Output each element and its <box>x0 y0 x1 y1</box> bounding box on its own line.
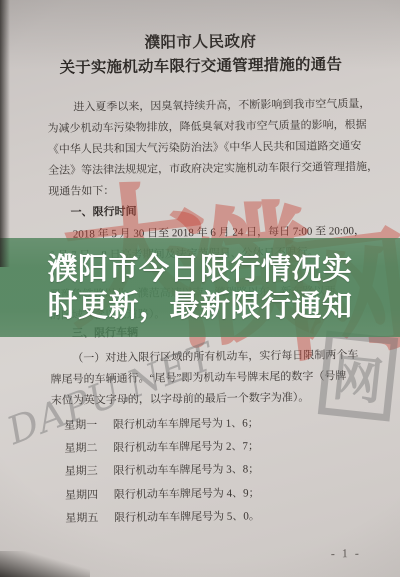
weekday-label: 星期三 <box>65 461 98 485</box>
intro-paragraph: 进入夏季以来，因臭氧持续升高，不断影响到我市空气质量， 为减少机动车污染物排放，… <box>47 94 378 203</box>
doc-title-subject: 关于实施机动车限行交通管理措施的通告 <box>1 52 400 79</box>
section3-line: 牌尾号的车辆通行。“尾号”即为机动车号牌末尾的数字（号牌 <box>50 365 380 390</box>
section3-paragraph: （一）对进入限行区域的所有机动车，实行每日限制两个车 牌尾号的车辆通行。“尾号”… <box>50 344 381 411</box>
caption-line: 时更新，最新限行通知 <box>48 288 353 325</box>
photo-bottom-left-corner-shadow <box>0 551 90 577</box>
weekday-rules-list: 星期一 限行机动车车牌尾号为 1、6； 星期二 限行机动车车牌尾号为 2、7； … <box>51 411 382 531</box>
section3-line: 末位为英文字母的，以字母前的最后一个数字为准）。 <box>51 386 381 411</box>
weekday-label: 星期一 <box>64 414 97 438</box>
page-number: - 1 - <box>331 546 361 561</box>
photo-left-edge-shadow <box>0 0 10 267</box>
section1-heading: 一、限行时间 <box>48 199 400 224</box>
weekday-rule: 限行机动车车牌尾号为 3、8； <box>113 459 259 484</box>
caption-line: 濮阳市今日限行情况实 <box>48 251 353 288</box>
weekday-rule: 限行机动车车牌尾号为 1、6； <box>113 412 259 437</box>
intro-line: 全法》等法律法规规定，市政府决定实施机动车限行交通管理措施， <box>48 157 378 182</box>
weekday-rule-row: 星期五 限行机动车车牌尾号为 5、0。 <box>52 504 382 531</box>
notice-photo: 濮阳市人民政府 关于实施机动车限行交通管理措施的通告 进入夏季以来，因臭氧持续升… <box>0 0 400 577</box>
weekday-label: 星期五 <box>65 507 98 531</box>
weekday-label: 星期四 <box>65 484 98 508</box>
weekday-rule: 限行机动车车牌尾号为 4、9； <box>114 482 260 507</box>
doc-title-authority: 濮阳市人民政府 <box>0 28 400 55</box>
caption-overlay-banner: 濮阳市今日限行情况实 时更新，最新限行通知 <box>0 238 400 337</box>
weekday-rule: 限行机动车车牌尾号为 2、7； <box>113 436 259 461</box>
weekday-rule: 限行机动车车牌尾号为 5、0。 <box>114 505 260 530</box>
weekday-label: 星期二 <box>64 437 97 461</box>
